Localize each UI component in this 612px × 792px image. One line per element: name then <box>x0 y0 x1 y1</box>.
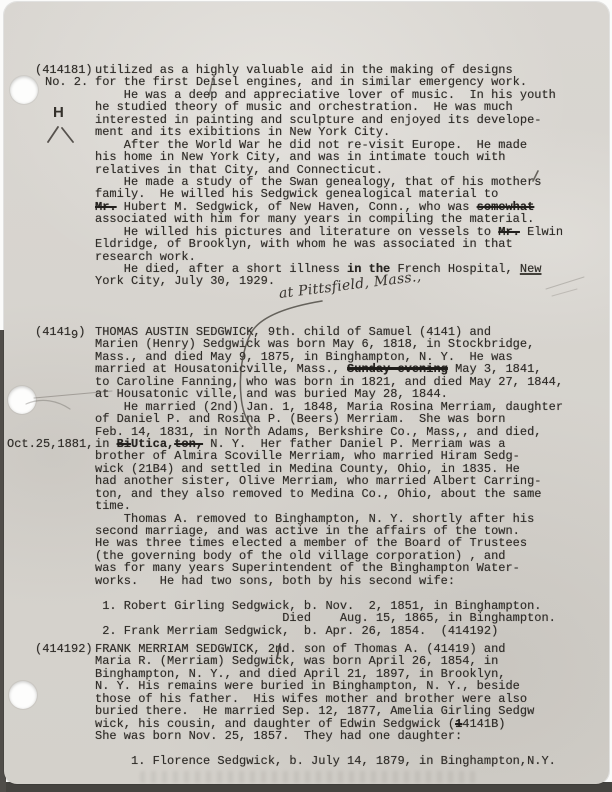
typed-text: 1. Florence Sedgwick, b. July 14, 1879, … <box>95 754 556 768</box>
h-mark-slash-right <box>62 128 73 142</box>
typed-line: 2. Frank Merriam Sedgwick, b. Apr. 26, 1… <box>95 625 563 637</box>
typed-text: ton, and they also removed to Medina Co.… <box>95 487 541 501</box>
margin-entry-id: (414192) <box>35 643 93 656</box>
hole-punch <box>9 681 37 709</box>
typed-line: ton, and they also removed to Medina Co.… <box>95 488 563 500</box>
typed-text-underline: New <box>520 262 542 276</box>
typed-text: York City, July 30, 1929. <box>95 274 275 288</box>
typed-text: works. He had two sons, both by his seco… <box>95 574 455 588</box>
subscript-digit: 9 <box>71 328 78 342</box>
typed-line: She was born Nov. 25, 1857. They had one… <box>95 730 556 742</box>
typed-text: She was born Nov. 25, 1857. They had one… <box>95 729 462 743</box>
scanned-document: H (414181)utilized as a highly valuable … <box>0 0 612 792</box>
typed-line: works. He had two sons, both by his seco… <box>95 575 563 587</box>
genealogy-entry-414192: (414192)FRANK MERRIAM SEDGWICK, 2nd. son… <box>95 643 556 767</box>
margin-date: Oct.25,1881, <box>7 438 93 451</box>
typed-text: Elwin <box>520 225 563 239</box>
edge-pencil-mark-2 <box>552 289 577 296</box>
typed-line: 1. Florence Sedgwick, b. July 14, 1879, … <box>95 755 556 767</box>
handwritten-h-mark: H <box>53 104 64 121</box>
typed-text: 4141B) <box>462 717 505 731</box>
margin-entry-id: (41419) <box>35 326 85 339</box>
hole-punch <box>10 76 38 104</box>
bleed-through-ghost-text <box>140 771 480 783</box>
h-mark-slash-left <box>48 127 58 142</box>
typed-text: 2. Frank Merriam Sedgwick, b. Apr. 26, 1… <box>95 624 498 638</box>
margin-entry-no: No. 2. <box>45 76 88 89</box>
genealogy-entry-41419: (41419)THOMAS AUSTIN SEDGWICK, 9th. chil… <box>95 326 563 637</box>
page-content: H (414181)utilized as a highly valuable … <box>0 0 612 792</box>
hole-punch <box>8 386 36 414</box>
genealogy-entry-414181: (414181)utilized as a highly valuable ai… <box>95 64 563 288</box>
